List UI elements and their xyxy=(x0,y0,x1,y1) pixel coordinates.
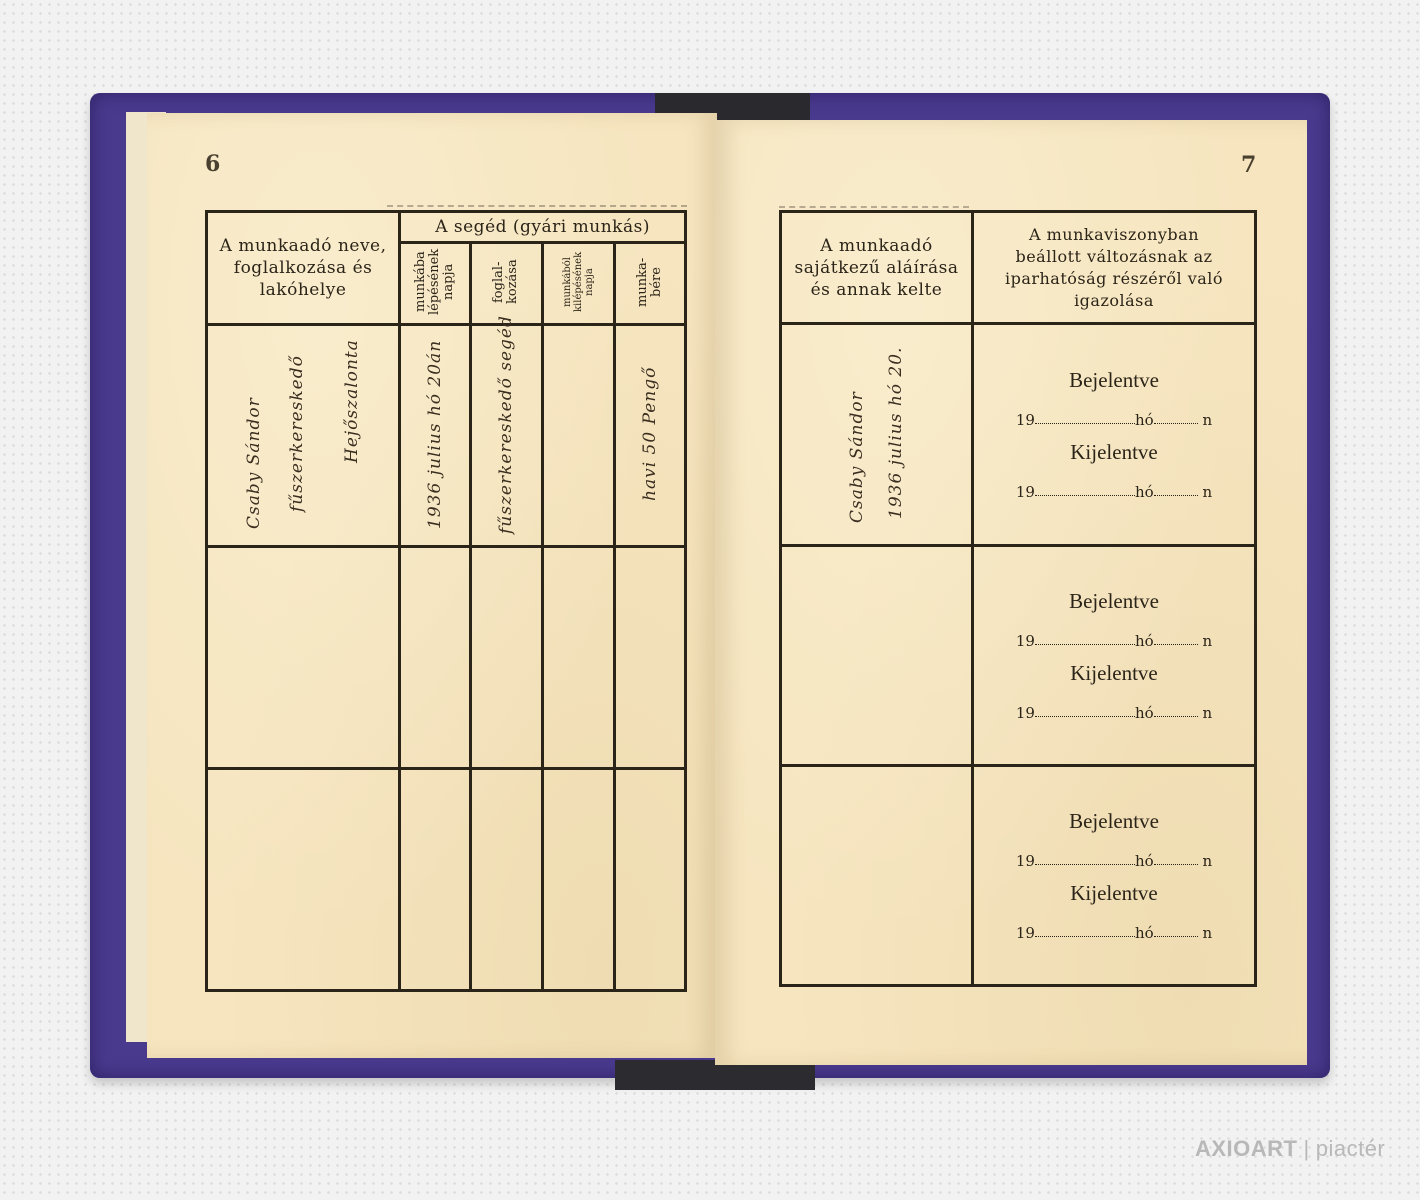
left-page: 6 A munkaadó neve, foglalkozása és lakóh… xyxy=(147,113,717,1058)
table-row xyxy=(207,547,686,769)
wage-cell: havi 50 Pengő xyxy=(615,325,686,547)
end-date-cell xyxy=(543,325,615,547)
deregistered-date-line: 19hó n xyxy=(974,481,1254,503)
registered-label: Bejelentve xyxy=(974,590,1254,612)
signature-cell xyxy=(781,546,973,766)
occupation-header: foglal- kozása xyxy=(470,243,542,325)
start-date-cell xyxy=(400,547,470,769)
watermark-brand: AXIOART xyxy=(1195,1136,1298,1161)
deregistered-date-line: 19hó n xyxy=(974,922,1254,944)
table-row xyxy=(207,769,686,991)
table-row: Bejelentve 19hó n Kijelentve 19hó n xyxy=(781,546,1256,766)
employment-table-left: A munkaadó neve, foglalkozása és lakóhel… xyxy=(205,210,687,992)
table-row: Bejelentve 19hó n Kijelentve 19hó n xyxy=(781,766,1256,986)
certification-cell: Bejelentve 19hó n Kijelentve 19hó n xyxy=(973,324,1256,546)
wage-header: munka- bére xyxy=(615,243,686,325)
start-date-header: munkába lépésének napja xyxy=(400,243,470,325)
employer-cell: Csaby Sándor fűszerkereskedő Hejőszalont… xyxy=(207,325,400,547)
wage-cell xyxy=(615,547,686,769)
occupation-cell xyxy=(470,547,542,769)
registered-date-line: 19hó n xyxy=(974,630,1254,652)
occupation-cell: fűszerkereskedő segéd xyxy=(470,325,542,547)
signature-column-header: A munkaadó sajátkezű aláírása és annak k… xyxy=(781,212,973,324)
signature-cell: Csaby Sándor 1936 julius hó 20. xyxy=(781,324,973,546)
assistant-group-header: A segéd (gyári munkás) xyxy=(400,212,686,243)
deregistered-label: Kijelentve xyxy=(974,882,1254,904)
watermark-sub: piactér xyxy=(1316,1136,1386,1161)
deregistered-label: Kijelentve xyxy=(974,662,1254,684)
end-date-header: munkából kilépésének napja xyxy=(543,243,615,325)
signature-cell xyxy=(781,766,973,986)
right-page: 7 A munkaadó sajátkezű aláírása és annak… xyxy=(715,120,1307,1065)
watermark-logo: AXIOART|piactér xyxy=(1195,1136,1385,1162)
registered-date-line: 19hó n xyxy=(974,850,1254,872)
certification-cell: Bejelentve 19hó n Kijelentve 19hó n xyxy=(973,546,1256,766)
start-date-cell xyxy=(400,769,470,991)
registered-label: Bejelentve xyxy=(974,369,1254,391)
employer-cell xyxy=(207,547,400,769)
page-number-right: 7 xyxy=(1241,152,1256,178)
page-number-left: 6 xyxy=(205,151,220,177)
end-date-cell xyxy=(543,547,615,769)
employer-column-header: A munkaadó neve, foglalkozása és lakóhel… xyxy=(207,212,400,325)
table-row: Csaby Sándor 1936 julius hó 20. Bejelent… xyxy=(781,324,1256,546)
deregistered-date-line: 19hó n xyxy=(974,702,1254,724)
certification-column-header: A munkaviszonyban beállott változásnak a… xyxy=(973,212,1256,324)
employment-table-right: A munkaadó sajátkezű aláírása és annak k… xyxy=(779,210,1257,987)
occupation-cell xyxy=(470,769,542,991)
wage-cell xyxy=(615,769,686,991)
registered-label: Bejelentve xyxy=(974,810,1254,832)
table-row: Csaby Sándor fűszerkereskedő Hejőszalont… xyxy=(207,325,686,547)
deregistered-label: Kijelentve xyxy=(974,441,1254,463)
end-date-cell xyxy=(543,769,615,991)
registered-date-line: 19hó n xyxy=(974,409,1254,431)
employer-cell xyxy=(207,769,400,991)
certification-cell: Bejelentve 19hó n Kijelentve 19hó n xyxy=(973,766,1256,986)
start-date-cell: 1936 julius hó 20án xyxy=(400,325,470,547)
